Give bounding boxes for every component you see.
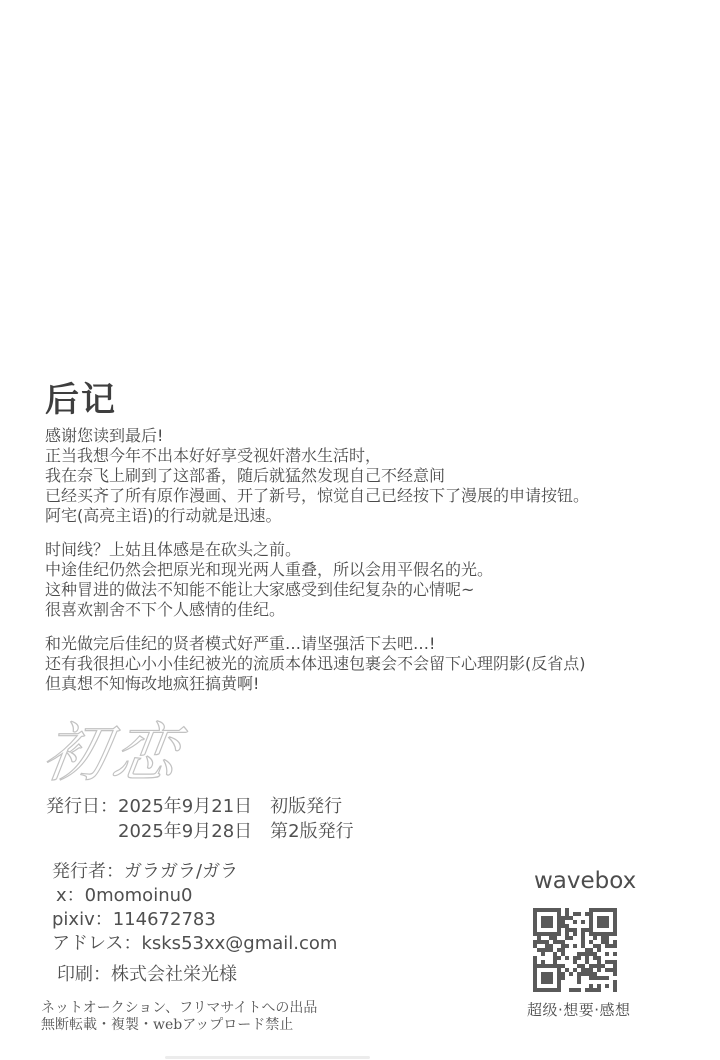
printer-line: 印刷：株式会社栄光様 [57,960,237,986]
qr-code-icon [533,908,617,992]
afterword-paragraph-3: 和光做完后佳纪的贤者模式好严重…请坚强活下去吧…! 还有我很担心小小佳纪被光的流… [45,634,645,694]
qr-caption: 超级·想要·感想 [527,999,631,1020]
publisher-line: 発行者：ガラガラ/ガラ [52,860,337,884]
afterword-page: 后记 感谢您读到最后! 正当我想今年不出本好好享受视奸潜水生活时， 我在奈飞上刷… [0,0,720,1060]
book-title-watermark: 初恋 [38,702,189,794]
afterword-text: 感谢您读到最后! 正当我想今年不出本好好享受视奸潜水生活时， 我在奈飞上刷到了这… [45,426,645,708]
email-line: アドレス：ksks53xx@gmail.com [52,932,337,956]
issue-dates: 発行日：2025年9月21日 初版発行 2025年9月28日 第2版発行 [46,794,354,844]
publisher-info: 発行者：ガラガラ/ガラ x：0momoinu0 pixiv：114672783 … [52,860,337,956]
afterword-paragraph-2: 时间线？上姑且体感是在砍头之前。 中途佳纪仍然会把原光和现光两人重叠，所以会用平… [45,540,645,620]
wavebox-label: wavebox [534,868,636,894]
afterword-paragraph-1: 感谢您读到最后! 正当我想今年不出本好好享受视奸潜水生活时， 我在奈飞上刷到了这… [45,426,645,526]
legal-notice: ネットオークション、フリマサイトへの出品 無断転載・複製・webアップロード禁止 [41,1000,317,1034]
x-account-line: x：0momoinu0 [52,884,337,908]
scan-artifact [165,1056,370,1059]
page-title: 后记 [45,372,117,421]
pixiv-line: pixiv：114672783 [52,908,337,932]
